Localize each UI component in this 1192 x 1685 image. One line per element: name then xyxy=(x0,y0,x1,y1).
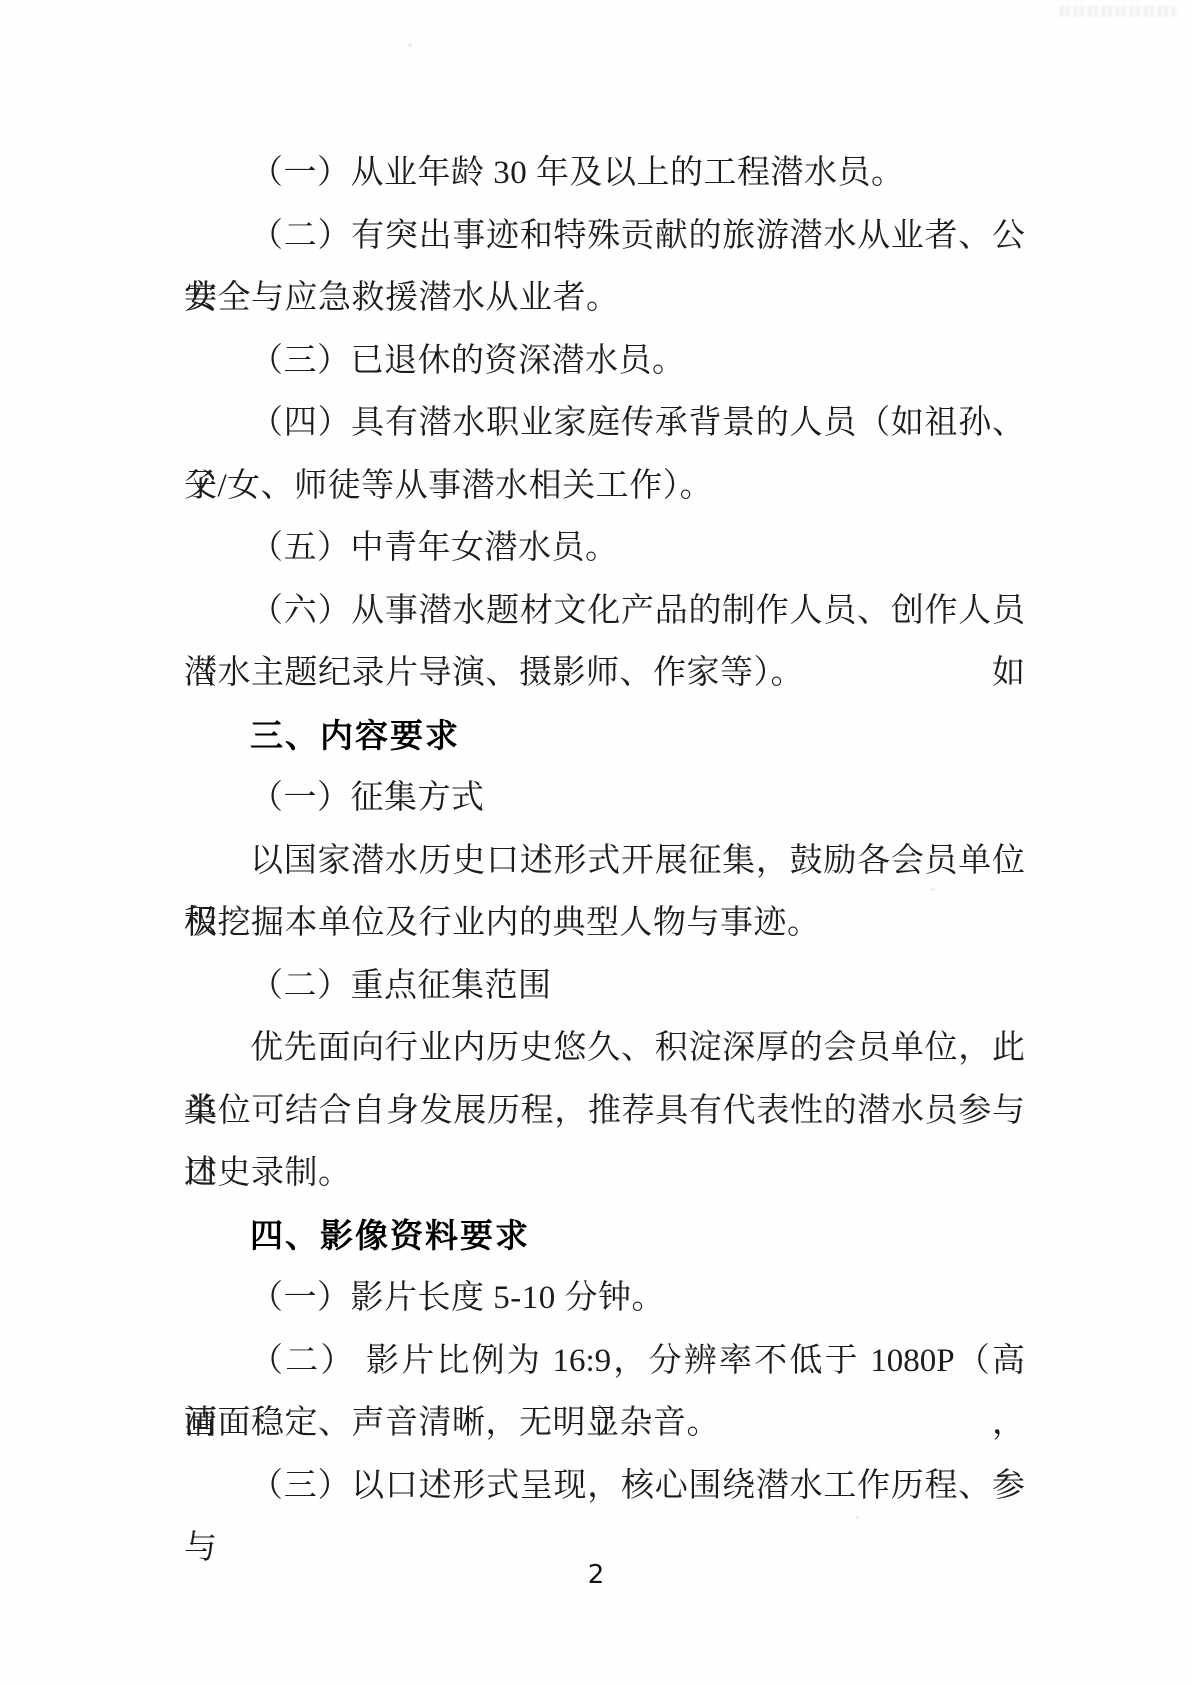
text-line: （一）征集方式 xyxy=(184,767,1025,830)
section-heading: 四、影像资料要求 xyxy=(184,1205,1025,1268)
text-line: 极挖掘本单位及行业内的典型人物与事迹。 xyxy=(184,892,1025,955)
text-line: 安全与应急救援潜水从业者。 xyxy=(184,267,1025,330)
text-line: （六）从事潜水题材文化产品的制作人员、创作人员（如 xyxy=(184,580,1025,643)
text-line: 子/女、师徒等从事潜水相关工作）。 xyxy=(184,455,1025,518)
document-page: （一）从业年龄 30 年及以上的工程潜水员。（二）有突出事迹和特殊贡献的旅游潜水… xyxy=(0,0,1192,1685)
text-line: （三）已退休的资深潜水员。 xyxy=(184,330,1025,393)
scan-artifact xyxy=(1060,6,1178,17)
text-line: （四）具有潜水职业家庭传承背景的人员（如祖孙、父 xyxy=(184,392,1025,455)
text-line: 述史录制。 xyxy=(184,1142,1025,1205)
text-line: 优先面向行业内历史悠久、积淀深厚的会员单位，此类 xyxy=(184,1017,1025,1080)
text-line: （五）中青年女潜水员。 xyxy=(184,517,1025,580)
text-line: （一）影片长度 5-10 分钟。 xyxy=(184,1267,1025,1330)
text-line: （二）有突出事迹和特殊贡献的旅游潜水从业者、公共 xyxy=(184,205,1025,268)
text-line: （二）重点征集范围 xyxy=(184,955,1025,1018)
text-line: （三）以口述形式呈现，核心围绕潜水工作历程、参与 xyxy=(184,1455,1025,1518)
text-line: 单位可结合自身发展历程，推荐具有代表性的潜水员参与口 xyxy=(184,1080,1025,1143)
text-line: （二） 影片比例为 16:9，分辨率不低于 1080P（高清）， xyxy=(184,1330,1025,1393)
text-line: （一）从业年龄 30 年及以上的工程潜水员。 xyxy=(184,142,1025,205)
page-number: 2 xyxy=(0,1560,1192,1590)
document-body: （一）从业年龄 30 年及以上的工程潜水员。（二）有突出事迹和特殊贡献的旅游潜水… xyxy=(184,142,1025,1517)
scan-speck xyxy=(408,43,412,47)
text-line: 以国家潜水历史口述形式开展征集，鼓励各会员单位积 xyxy=(184,830,1025,893)
section-heading: 三、内容要求 xyxy=(184,705,1025,768)
